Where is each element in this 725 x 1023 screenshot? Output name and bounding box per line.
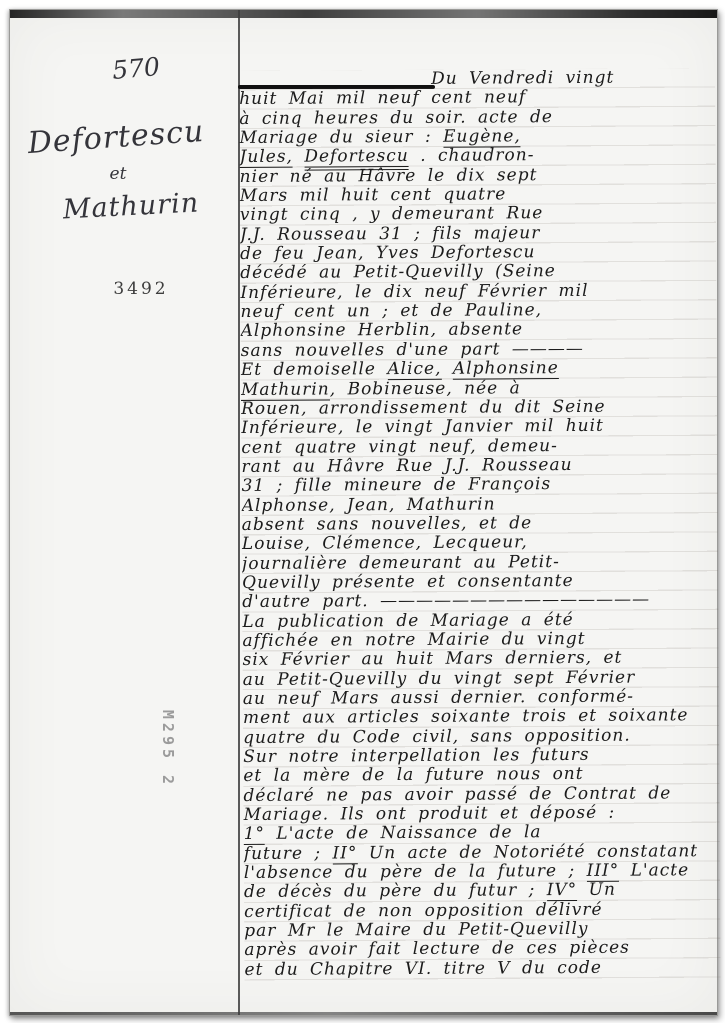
folio-number: 570 xyxy=(75,49,197,88)
margin-conjunction: et xyxy=(58,164,178,184)
scan-top-edge-artifact xyxy=(10,10,717,18)
register-page: 570 Defortescu et Mathurin 3492 M295 2 D… xyxy=(9,9,718,1016)
manuscript-line: et du Chapitre VI. titre V du code xyxy=(244,958,720,980)
archive-reference-stamp: M295 2 xyxy=(153,684,177,814)
act-number: 3492 xyxy=(81,279,201,299)
margin-groom-surname: Defortescu xyxy=(25,114,207,161)
scanned-register-image: { "colors": { "paper": "#f5f5f3", "ink":… xyxy=(0,0,725,1023)
scan-bottom-edge-artifact xyxy=(10,1012,717,1015)
margin-bride-surname: Mathurin xyxy=(40,186,221,226)
manuscript-text: Du Vendredi vingthuit Mai mil neuf cent … xyxy=(239,68,721,983)
